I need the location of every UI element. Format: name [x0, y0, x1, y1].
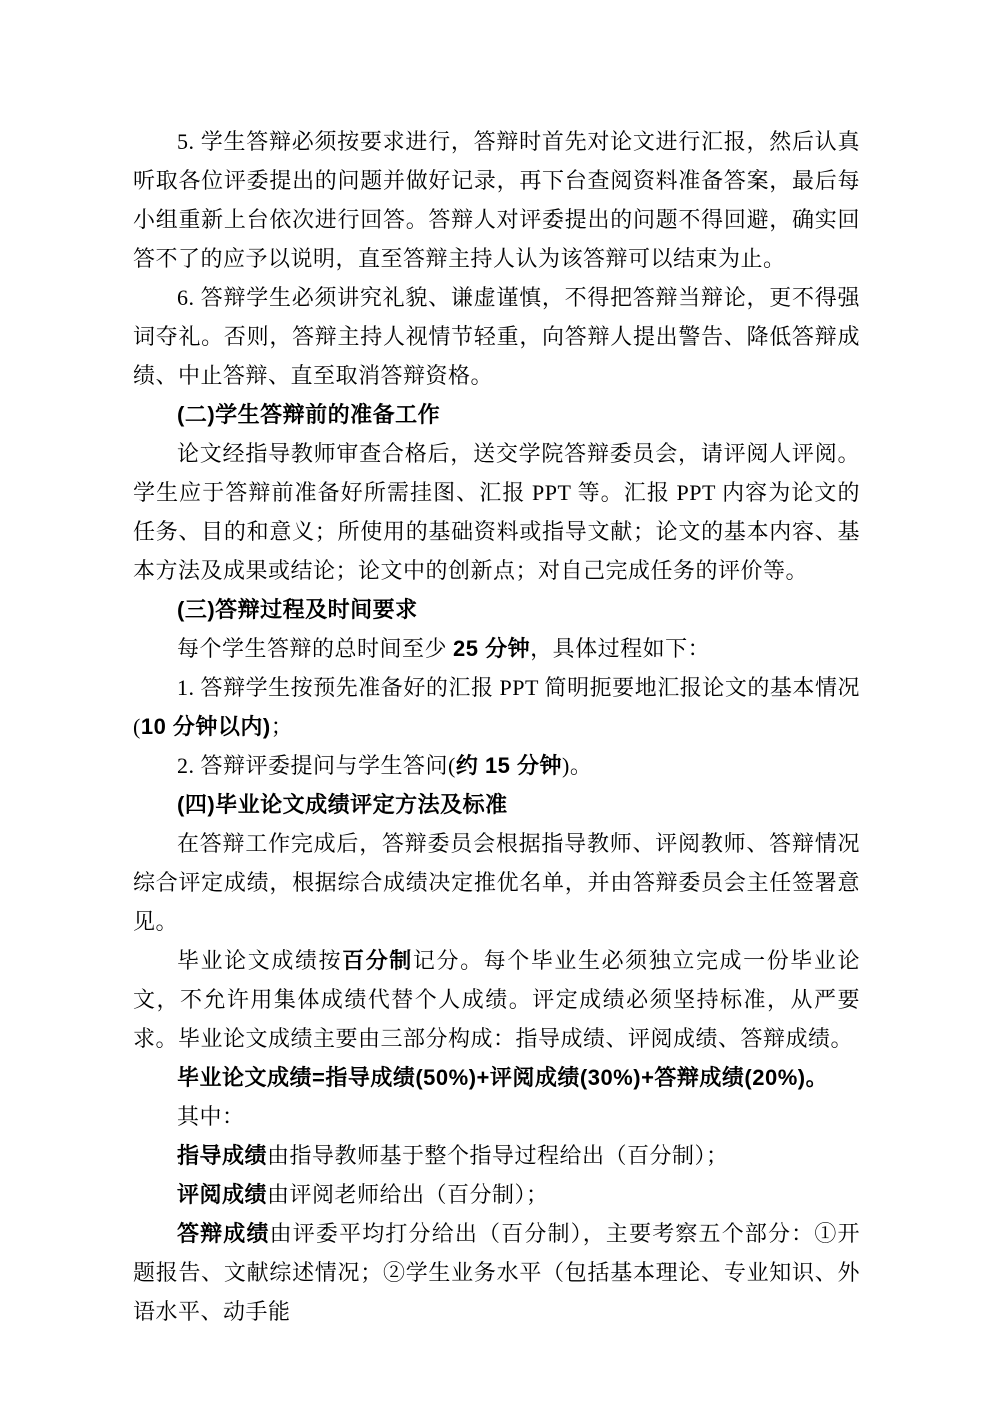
para-review-score: 评阅成绩由评阅老师给出（百分制）； [133, 1175, 860, 1214]
para-rule-6: 6. 答辩学生必须讲究礼貌、谦虚谨慎，不得把答辩当辩论，更不得强词夺礼。否则，答… [133, 278, 860, 395]
heading-section-3-process-time: (三)答辩过程及时间要求 [133, 590, 860, 629]
para-among-them: 其中： [133, 1097, 860, 1136]
document-page: 5. 学生答辩必须按要求进行，答辩时首先对论文进行汇报，然后认真听取各位评委提出… [0, 0, 992, 1403]
para-grading-committee: 在答辩工作完成后，答辩委员会根据指导教师、评阅教师、答辩情况综合评定成绩，根据综… [133, 824, 860, 941]
para-step-2: 2. 答辩评委提问与学生答问(约 15 分钟)。 [133, 746, 860, 785]
text-run: 2. 答辩评委提问与学生答问( [177, 753, 456, 778]
para-score-formula: 毕业论文成绩=指导成绩(50%)+评阅成绩(30%)+答辩成绩(20%)。 [133, 1058, 860, 1097]
bold-text-run: 毕业论文成绩=指导成绩(50%)+评阅成绩(30%)+答辩成绩(20%)。 [177, 1065, 828, 1090]
para-grading-system: 毕业论文成绩按百分制记分。每个毕业生必须独立完成一份毕业论文，不允许用集体成绩代… [133, 941, 860, 1058]
heading-section-2-preparation: (二)学生答辩前的准备工作 [133, 395, 860, 434]
text-run: 6. 答辩学生必须讲究礼貌、谦虚谨慎，不得把答辩当辩论，更不得强词夺礼。否则，答… [133, 285, 860, 388]
heading-section-4-grading: (四)毕业论文成绩评定方法及标准 [133, 785, 860, 824]
bold-text-run: 25 分钟 [453, 636, 530, 661]
text-run: 由指导教师基于整个指导过程给出（百分制）； [267, 1143, 729, 1168]
para-defense-score: 答辩成绩由评委平均打分给出（百分制），主要考察五个部分：①开题报告、文献综述情况… [133, 1214, 860, 1331]
bold-text-run: 10 分钟以内) [141, 714, 271, 739]
bold-text-run: (二)学生答辩前的准备工作 [177, 402, 440, 427]
bold-text-run: 指导成绩 [177, 1143, 267, 1168]
bold-text-run: 答辩成绩 [177, 1221, 270, 1246]
bold-text-run: 约 15 分钟 [456, 753, 562, 778]
text-run: )。 [562, 753, 592, 778]
bold-text-run: 百分制 [342, 948, 413, 973]
text-run: 每个学生答辩的总时间至少 [177, 636, 453, 661]
text-run: 其中： [177, 1104, 245, 1129]
text-run: 论文经指导教师审查合格后，送交学院答辩委员会，请评阅人评阅。学生应于答辩前准备好… [133, 441, 860, 583]
text-run: 5. 学生答辩必须按要求进行，答辩时首先对论文进行汇报，然后认真听取各位评委提出… [133, 129, 860, 271]
bold-text-run: (三)答辩过程及时间要求 [177, 597, 418, 622]
para-preparation: 论文经指导教师审查合格后，送交学院答辩委员会，请评阅人评阅。学生应于答辩前准备好… [133, 434, 860, 590]
text-run: ； [271, 714, 294, 739]
text-run: 由评阅老师给出（百分制）； [267, 1182, 549, 1207]
bold-text-run: (四)毕业论文成绩评定方法及标准 [177, 792, 508, 817]
text-run: ，具体过程如下： [530, 636, 710, 661]
para-rule-5: 5. 学生答辩必须按要求进行，答辩时首先对论文进行汇报，然后认真听取各位评委提出… [133, 122, 860, 278]
para-advisor-score: 指导成绩由指导教师基于整个指导过程给出（百分制）； [133, 1136, 860, 1175]
document-content: 5. 学生答辩必须按要求进行，答辩时首先对论文进行汇报，然后认真听取各位评委提出… [133, 122, 860, 1331]
bold-text-run: 评阅成绩 [177, 1182, 267, 1207]
text-run: 在答辩工作完成后，答辩委员会根据指导教师、评阅教师、答辩情况综合评定成绩，根据综… [133, 831, 860, 934]
para-step-1: 1. 答辩学生按预先准备好的汇报 PPT 简明扼要地汇报论文的基本情况(10 分… [133, 668, 860, 746]
text-run: 毕业论文成绩按 [177, 948, 342, 973]
para-total-time: 每个学生答辩的总时间至少 25 分钟，具体过程如下： [133, 629, 860, 668]
